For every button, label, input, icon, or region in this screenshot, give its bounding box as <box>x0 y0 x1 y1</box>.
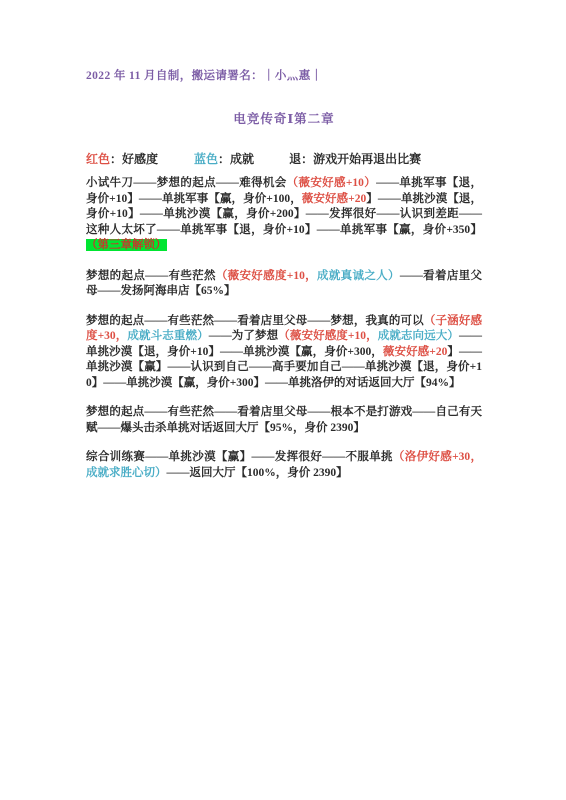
text-run: （薇安好感度+10， <box>278 330 377 342</box>
text-run: 梦想的起点——有些茫然 <box>86 270 216 282</box>
document-content: 2022 年 11 月自制，搬运请署名：｜小灬惠｜ 电竞传奇Ⅰ第二章 红色：好感… <box>86 68 482 495</box>
legend-blue-label: 蓝色 <box>194 152 218 166</box>
legend-red-label: 红色 <box>86 152 110 166</box>
legend-red: 红色：好感度 <box>86 151 158 167</box>
text-run: （洛伊好感+30， <box>393 451 482 463</box>
text-run: ——返回大厅【100%，身价 2390】 <box>167 467 348 479</box>
legend-blue: 蓝色：成就 <box>194 151 254 167</box>
legend-red-desc: ：好感度 <box>110 152 158 166</box>
text-run: 小试牛刀——梦想的起点——难得机会 <box>86 177 287 189</box>
text-run: 成就真诚之人） <box>317 270 400 282</box>
paragraph-route-dream-1: 梦想的起点——有些茫然（薇安好感度+10，成就真诚之人）——看着店里父母——发扬… <box>86 269 482 300</box>
paragraph-route-training: 综合训练赛——单挑沙漠【赢】——发挥很好——不服单挑（洛伊好感+30，成就求胜心… <box>86 450 482 481</box>
color-legend: 红色：好感度 蓝色：成就 退：游戏开始再退出比赛 <box>86 151 482 167</box>
text-run: 薇安好感+20 <box>383 346 447 358</box>
text-run: 梦想的起点——有些茫然——看着店里父母——根本不是打游戏——自己有天赋——爆头击… <box>86 406 482 434</box>
text-run: 成就求胜心切） <box>86 467 167 479</box>
legend-blue-desc: ：成就 <box>218 152 254 166</box>
document-page: 2022 年 11 月自制，搬运请署名：｜小灬惠｜ 电竞传奇Ⅰ第二章 红色：好感… <box>0 0 566 800</box>
text-run: 成就志向远大） <box>378 330 459 342</box>
text-run: （第三章解锁） <box>86 239 167 251</box>
walkthrough-paragraphs: 小试牛刀——梦想的起点——难得机会（薇安好感+10）——单挑军事【退，身价+10… <box>86 176 482 481</box>
text-run: 成就斗志重燃） <box>127 330 208 342</box>
text-run: 梦想的起点——有些茫然——看着店里父母——梦想，我真的可以 <box>86 315 424 327</box>
byline: 2022 年 11 月自制，搬运请署名：｜小灬惠｜ <box>86 68 482 84</box>
page-title: 电竞传奇Ⅰ第二章 <box>86 111 482 127</box>
paragraph-route-trial: 小试牛刀——梦想的起点——难得机会（薇安好感+10）——单挑军事【退，身价+10… <box>86 176 482 254</box>
legend-quit-note: 退：游戏开始再退出比赛 <box>289 151 421 167</box>
text-run: 综合训练赛——单挑沙漠【赢】——发挥很好——不服单挑 <box>86 451 393 463</box>
text-run: 薇安好感+20 <box>302 193 366 205</box>
text-run: （薇安好感度+10， <box>216 270 317 282</box>
paragraph-route-dream-3: 梦想的起点——有些茫然——看着店里父母——根本不是打游戏——自己有天赋——爆头击… <box>86 405 482 436</box>
text-run: ——为了梦想 <box>209 330 279 342</box>
paragraph-route-dream-2: 梦想的起点——有些茫然——看着店里父母——梦想，我真的可以（子涵好感度+30，成… <box>86 314 482 392</box>
text-run: （薇安好感+10） <box>287 177 376 189</box>
